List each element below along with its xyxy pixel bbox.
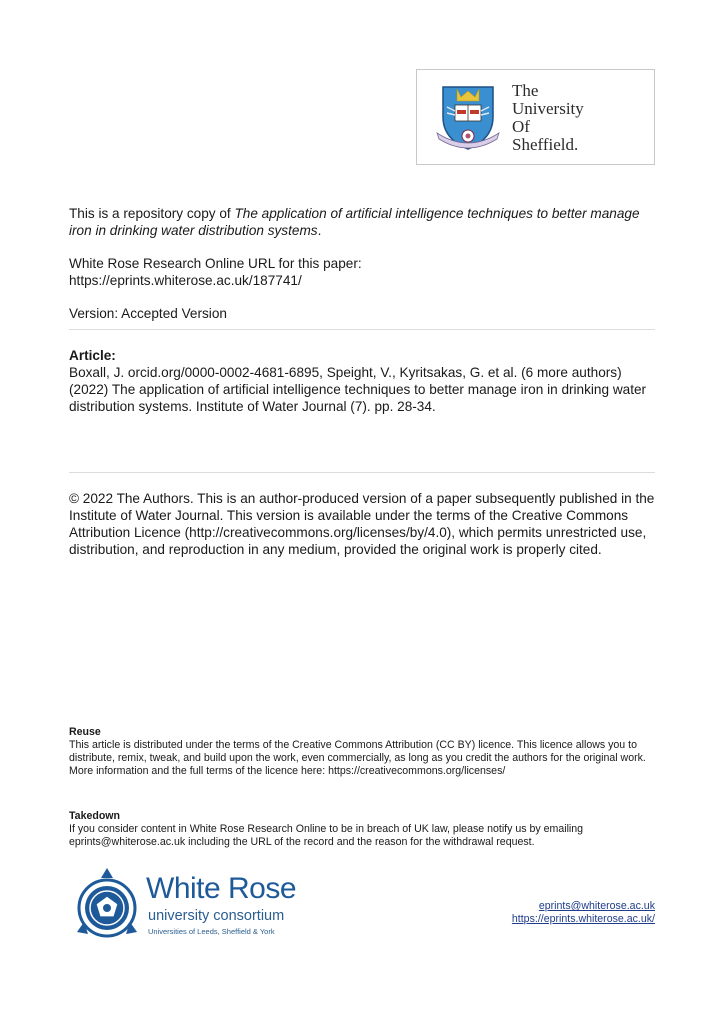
white-rose-subtitle: university consortium [148, 908, 284, 924]
contact-links: eprints@whiterose.ac.uk https://eprints.… [512, 900, 655, 926]
takedown-section: Takedown If you consider content in Whit… [69, 810, 659, 849]
repository-intro: This is a repository copy of The applica… [69, 205, 659, 239]
takedown-text: If you consider content in White Rose Re… [69, 823, 659, 849]
reuse-section: Reuse This article is distributed under … [69, 726, 659, 778]
white-rose-tagline: Universities of Leeds, Sheffield & York [148, 927, 275, 936]
article-section: Article: Boxall, J. orcid.org/0000-0002-… [69, 347, 659, 415]
copyright-notice: © 2022 The Authors. This is an author-pr… [69, 490, 659, 558]
website-link[interactable]: https://eprints.whiterose.ac.uk/ [512, 913, 655, 926]
article-label: Article: [69, 347, 659, 364]
url-label: White Rose Research Online URL for this … [69, 255, 659, 272]
reuse-label: Reuse [69, 726, 659, 739]
university-logo: The University Of Sheffield. [416, 69, 655, 165]
white-rose-emblem-icon [74, 866, 140, 944]
intro-prefix: This is a repository copy of [69, 206, 234, 221]
university-crest-icon [435, 81, 501, 153]
takedown-label: Takedown [69, 810, 659, 823]
paper-url[interactable]: https://eprints.whiterose.ac.uk/187741/ [69, 272, 659, 289]
intro-suffix: . [318, 223, 322, 238]
email-link[interactable]: eprints@whiterose.ac.uk [512, 900, 655, 913]
divider [69, 472, 655, 473]
white-rose-logo: White Rose university consortium Univers… [74, 866, 314, 946]
white-rose-title: White Rose [146, 872, 296, 906]
reuse-text: This article is distributed under the te… [69, 739, 659, 778]
divider [69, 329, 655, 330]
url-section: White Rose Research Online URL for this … [69, 255, 659, 289]
version-line: Version: Accepted Version [69, 305, 659, 322]
article-citation: Boxall, J. orcid.org/0000-0002-4681-6895… [69, 364, 659, 415]
university-name: The University Of Sheffield. [512, 82, 584, 154]
